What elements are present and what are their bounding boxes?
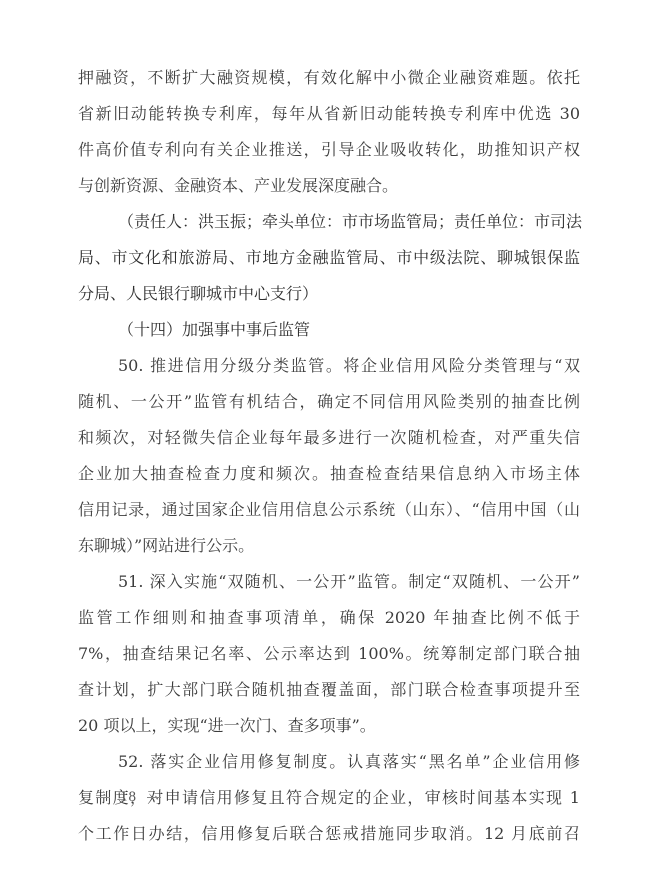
text-line: 省新旧动能转换专利库，每年从省新旧动能转换专利库中优选 30 [78, 96, 580, 132]
section-heading: （十四）加强事中事后监管 [78, 312, 580, 348]
item-51-line: 查计划，扩大部门联合随机抽查覆盖面，部门联合检查事项提升至 [78, 672, 580, 708]
text-line: 件高价值专利向有关企业推送，引导企业吸收转化，助推知识产权 [78, 132, 580, 168]
dash-right [147, 797, 161, 798]
item-52-line: 52. 落实企业信用修复制度。认真落实“黑名单”企业信用修 [78, 744, 580, 780]
item-51-line: 7%，抽查结果记名率、公示率达到 100%。统筹制定部门联合抽 [78, 636, 580, 672]
responsibility-line: 分局、人民银行聊城市中心支行） [78, 276, 580, 312]
item-50-line: 50. 推进信用分级分类监管。将企业信用风险分类管理与“双 [78, 348, 580, 384]
item-52-line: 个工作日办结，信用修复后联合惩戒措施同步取消。12 月底前召 [78, 816, 580, 852]
item-51-line: 监管工作细则和抽查事项清单，确保 2020 年抽查比例不低于 [78, 600, 580, 636]
responsibility-line: （责任人：洪玉振；牵头单位：市市场监管局；责任单位：市司法 [78, 204, 580, 240]
document-body: 押融资，不断扩大融资规模，有效化解中小微企业融资难题。依托 省新旧动能转换专利库… [78, 60, 580, 852]
page-number-value: 18 [120, 789, 137, 805]
responsibility-line: 局、市文化和旅游局、市地方金融监管局、市中级法院、聊城银保监 [78, 240, 580, 276]
item-50-line: 随机、一公开”监管有机结合，确定不同信用风险类别的抽查比例 [78, 384, 580, 420]
item-50-line: 信用记录，通过国家企业信用信息公示系统（山东）、“信用中国（山 [78, 492, 580, 528]
item-50-line: 企业加大抽查检查力度和频次。抽查检查结果信息纳入市场主体 [78, 456, 580, 492]
item-51-line: 51. 深入实施“双随机、一公开”监管。制定“双随机、一公开” [78, 564, 580, 600]
page-number: 18 [86, 786, 171, 808]
text-line: 与创新资源、金融资本、产业发展深度融合。 [78, 168, 580, 204]
item-51-line: 20 项以上，实现“进一次门、查多项事”。 [78, 708, 580, 744]
item-50-line: 东聊城）”网站进行公示。 [78, 528, 580, 564]
item-50-line: 和频次，对轻微失信企业每年最多进行一次随机检查，对严重失信 [78, 420, 580, 456]
dash-left [96, 797, 110, 798]
document-page: 押融资，不断扩大融资规模，有效化解中小微企业融资难题。依托 省新旧动能转换专利库… [0, 0, 658, 883]
text-line: 押融资，不断扩大融资规模，有效化解中小微企业融资难题。依托 [78, 60, 580, 96]
